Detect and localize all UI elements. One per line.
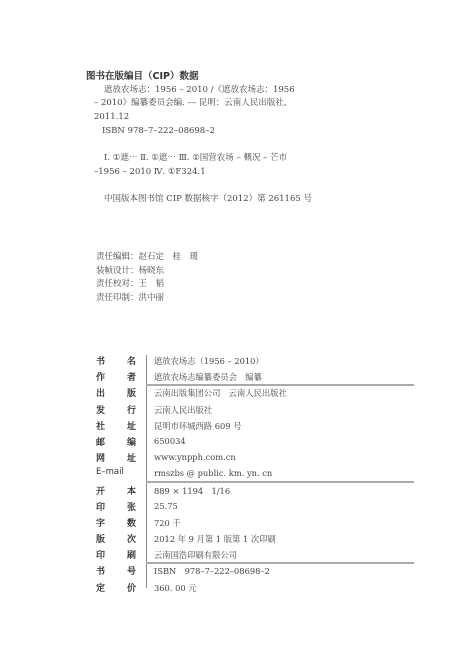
staff-printing: 责任印制：洪中丽 — [96, 291, 164, 303]
publication-info-table: 书名 遮放农场志（1956 – 2010） 作者 遮放农场志编纂委员会 编纂 出… — [96, 353, 380, 596]
info-value: 25.75 — [154, 501, 178, 511]
info-value: 昆明市环城西路 609 号 — [154, 420, 242, 432]
info-value: 遮放农场志（1956 – 2010） — [154, 355, 264, 367]
email-link[interactable]: rmszbs @ public. km. yn. cn — [154, 468, 272, 478]
cip-verification: 中国版本图书馆 CIP 数据核字（2012）第 261165 号 — [104, 193, 312, 205]
info-value: 650034 — [154, 436, 186, 446]
info-value: 889 × 1194 1/16 — [154, 485, 230, 497]
info-value: 云南国浩印刷有限公司 — [154, 549, 237, 561]
info-value: 遮放农场志编纂委员会 编纂 — [154, 371, 262, 383]
cip-classification: Ⅰ. ①遮⋯ Ⅱ. ①遮⋯ Ⅲ. ①国营农场 – 概况 – 芒市 — [104, 152, 287, 164]
cip-heading: 图书在版编目（CIP）数据 — [86, 68, 198, 82]
staff-designer: 装帧设计：杨晓东 — [96, 264, 164, 276]
cip-line: 遮放农场志：1956 – 2010 /《遮放农场志：1956 — [104, 84, 295, 96]
info-value: 云南出版集团公司 云南人民出版社 — [154, 387, 287, 399]
info-row-sheets: 印张 25.75 — [96, 499, 380, 515]
info-row-isbn: 书号 ISBN 978–7–222–08698–2 — [96, 563, 380, 579]
info-row-publisher: 出版 云南出版集团公司 云南人民出版社 — [96, 385, 380, 401]
cip-isbn: ISBN 978–7–222–08698–2 — [102, 125, 215, 137]
info-row-edition: 版次 2012 年 9 月第 1 版第 1 次印刷 — [96, 531, 380, 547]
info-row-wordcount: 字数 720 千 — [96, 515, 380, 531]
info-value: ISBN 978–7–222–08698–2 — [154, 565, 270, 577]
info-row-title: 书名 遮放农场志（1956 – 2010） — [96, 353, 380, 369]
cip-classification: –1956 – 2010 Ⅳ. ①F324.1 — [94, 166, 206, 178]
info-row-author: 作者 遮放农场志编纂委员会 编纂 — [96, 369, 380, 385]
info-row-format: 开本 889 × 1194 1/16 — [96, 483, 380, 499]
staff-proofreader: 责任校对：王 韬 — [96, 277, 164, 289]
info-value: 2012 年 9 月第 1 版第 1 次印刷 — [154, 533, 276, 545]
info-value: 720 千 — [154, 517, 181, 529]
info-value: 云南人民出版社 — [154, 404, 212, 416]
info-row-distributor: 发行 云南人民出版社 — [96, 402, 380, 418]
website-link[interactable]: www.ynpph.com.cn — [154, 452, 236, 462]
info-row-address: 社址 昆明市环城西路 609 号 — [96, 418, 380, 434]
info-value: 360. 00 元 — [154, 582, 197, 594]
cip-line: 2011.12 — [94, 111, 129, 123]
info-row-printer: 印刷 云南国浩印刷有限公司 — [96, 547, 380, 563]
info-row-postcode: 邮编 650034 — [96, 434, 380, 450]
info-row-price: 定价 360. 00 元 — [96, 580, 380, 596]
info-row-email: E–mail rmszbs @ public. km. yn. cn — [96, 466, 380, 482]
staff-editor: 责任编辑：赵石定 桂 瑗 — [96, 250, 198, 262]
cip-line: – 2010》编纂委员会编. –– 昆明：云南人民出版社, — [94, 97, 286, 109]
info-row-website: 网址 www.ynpph.com.cn — [96, 450, 380, 466]
